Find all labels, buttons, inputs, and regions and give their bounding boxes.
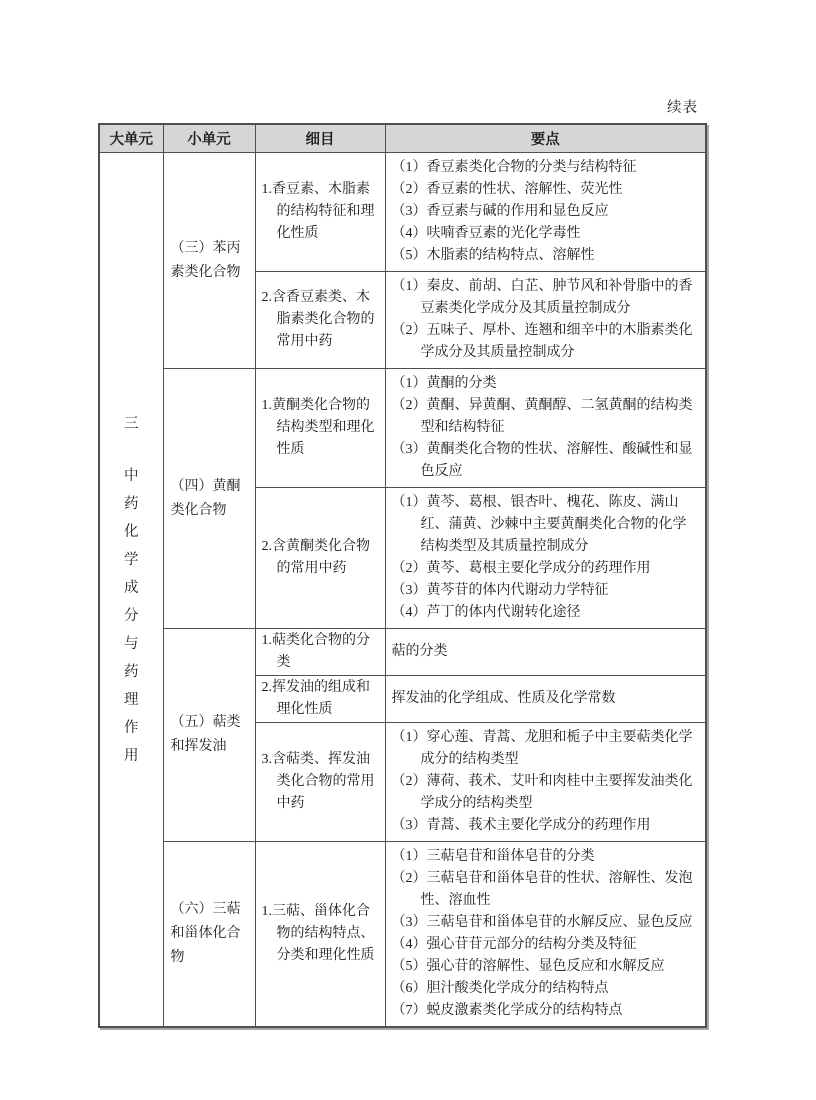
detail-text: 1.黄酮类化合物的结构类型和理化性质 (262, 395, 381, 461)
keypoint: （5）木脂素的结构特点、溶解性 (392, 245, 701, 267)
detail-text: 1.三萜、甾体化合物的结构特点、分类和理化性质 (262, 901, 381, 967)
keypoint: （1）黄芩、葛根、银杏叶、槐花、陈皮、满山红、蒲黄、沙棘中主要黄酮类化合物的化学… (392, 492, 701, 558)
keypoint: （2）三萜皂苷和甾体皂苷的性状、溶解性、发泡性、溶血性 (392, 868, 701, 912)
header-row: 大单元 小单元 细目 要点 (99, 124, 706, 153)
major-unit-vertical-text: 三 中药化学成分与药理作用 (101, 410, 162, 770)
major-unit-title: 中药化学成分与药理作用 (123, 462, 139, 770)
keypoint: （1）穿心莲、青蒿、龙胆和栀子中主要萜类化学成分的结构类型 (392, 727, 701, 771)
col-header-detail: 细目 (255, 124, 385, 153)
keypoint: （5）强心苷的溶解性、显色反应和水解反应 (392, 956, 701, 978)
detail-text: 1.萜类化合物的分类 (262, 630, 381, 674)
detail-text: 2.含黄酮类化合物的常用中药 (262, 536, 381, 580)
keypoints-cell: （1）穿心莲、青蒿、龙胆和栀子中主要萜类化学成分的结构类型 （2）薄荷、莪术、艾… (385, 723, 706, 842)
keypoint: 萜的分类 (392, 641, 701, 663)
keypoint: （6）胆汁酸类化学成分的结构特点 (392, 978, 701, 1000)
detail-text: 1.香豆素、木脂素的结构特征和理化性质 (262, 179, 381, 245)
keypoint: （2）薄荷、莪术、艾叶和肉桂中主要挥发油类化学成分的结构类型 (392, 771, 701, 815)
minor-unit-name: （五）萜类和挥发油 (171, 711, 251, 759)
keypoint: （2）黄酮、异黄酮、黄酮醇、二氢黄酮的结构类型和结构特征 (392, 395, 701, 439)
keypoints-cell: 挥发油的化学组成、性质及化学常数 (385, 676, 706, 723)
keypoint: （4）呋喃香豆素的光化学毒性 (392, 223, 701, 245)
detail-cell: 2.挥发油的组成和理化性质 (255, 676, 385, 723)
detail-text: 3.含萜类、挥发油类化合物的常用中药 (262, 749, 381, 815)
table-row: 三 中药化学成分与药理作用 （三）苯丙素类化合物 1.香豆素、木脂素的结构特征和… (99, 153, 706, 272)
col-header-minor-unit: 小单元 (163, 124, 255, 153)
detail-cell: 1.三萜、甾体化合物的结构特点、分类和理化性质 (255, 842, 385, 1028)
keypoint: （2）黄芩、葛根主要化学成分的药理作用 (392, 558, 701, 580)
keypoint: （3）黄酮类化合物的性状、溶解性、酸碱性和显色反应 (392, 439, 701, 483)
continued-table-label: 续表 (98, 96, 706, 117)
minor-unit-name: （四）黄酮类化合物 (171, 475, 251, 523)
detail-cell: 2.含香豆素类、木脂素类化合物的常用中药 (255, 272, 385, 369)
col-header-keypoints: 要点 (385, 124, 706, 153)
detail-cell: 1.萜类化合物的分类 (255, 629, 385, 676)
major-unit-number: 三 (123, 410, 139, 438)
keypoints-cell: （1）秦皮、前胡、白芷、肿节风和补骨脂中的香豆素类化学成分及其质量控制成分 （2… (385, 272, 706, 369)
keypoint: （3）青蒿、莪术主要化学成分的药理作用 (392, 815, 701, 837)
detail-cell: 2.含黄酮类化合物的常用中药 (255, 488, 385, 629)
detail-cell: 1.黄酮类化合物的结构类型和理化性质 (255, 369, 385, 488)
table-row: （五）萜类和挥发油 1.萜类化合物的分类 萜的分类 (99, 629, 706, 676)
minor-unit-name: （三）苯丙素类化合物 (171, 237, 251, 285)
keypoint: （1）三萜皂苷和甾体皂苷的分类 (392, 846, 701, 868)
keypoints-cell: （1）黄酮的分类 （2）黄酮、异黄酮、黄酮醇、二氢黄酮的结构类型和结构特征 （3… (385, 369, 706, 488)
keypoints-cell: 萜的分类 (385, 629, 706, 676)
keypoints-cell: （1）三萜皂苷和甾体皂苷的分类 （2）三萜皂苷和甾体皂苷的性状、溶解性、发泡性、… (385, 842, 706, 1028)
detail-cell: 1.香豆素、木脂素的结构特征和理化性质 (255, 153, 385, 272)
table-row: （四）黄酮类化合物 1.黄酮类化合物的结构类型和理化性质 （1）黄酮的分类 （2… (99, 369, 706, 488)
keypoint: （2）香豆素的性状、溶解性、荧光性 (392, 179, 701, 201)
major-unit-cell: 三 中药化学成分与药理作用 (99, 153, 163, 1028)
keypoint: （1）秦皮、前胡、白芷、肿节风和补骨脂中的香豆素类化学成分及其质量控制成分 (392, 276, 701, 320)
detail-text: 2.挥发油的组成和理化性质 (262, 677, 381, 721)
detail-text: 2.含香豆素类、木脂素类化合物的常用中药 (262, 287, 381, 353)
keypoints-cell: （1）黄芩、葛根、银杏叶、槐花、陈皮、满山红、蒲黄、沙棘中主要黄酮类化合物的化学… (385, 488, 706, 629)
keypoint: （2）五味子、厚朴、连翘和细辛中的木脂素类化学成分及其质量控制成分 (392, 320, 701, 364)
keypoint: （1）黄酮的分类 (392, 373, 701, 395)
keypoint: （4）芦丁的体内代谢转化途径 (392, 602, 701, 624)
detail-cell: 3.含萜类、挥发油类化合物的常用中药 (255, 723, 385, 842)
minor-unit-cell: （四）黄酮类化合物 (163, 369, 255, 629)
minor-unit-cell: （六）三萜和甾体化合物 (163, 842, 255, 1028)
keypoint: （3）黄芩苷的体内代谢动力学特征 (392, 580, 701, 602)
table-row: （六）三萜和甾体化合物 1.三萜、甾体化合物的结构特点、分类和理化性质 （1）三… (99, 842, 706, 1028)
keypoint: （4）强心苷苷元部分的结构分类及特征 (392, 934, 701, 956)
syllabus-table: 大单元 小单元 细目 要点 三 中药化学成分与药理作用 （三 (98, 123, 707, 1028)
minor-unit-name: （六）三萜和甾体化合物 (171, 898, 251, 970)
table-area: 续表 大单元 小单元 细目 要点 (98, 96, 706, 1028)
keypoint: （7）蜕皮激素类化学成分的结构特点 (392, 1000, 701, 1022)
keypoint: （1）香豆素类化合物的分类与结构特征 (392, 157, 701, 179)
keypoint: 挥发油的化学组成、性质及化学常数 (392, 688, 701, 710)
col-header-major-unit: 大单元 (99, 124, 163, 153)
minor-unit-cell: （三）苯丙素类化合物 (163, 153, 255, 369)
keypoints-cell: （1）香豆素类化合物的分类与结构特征 （2）香豆素的性状、溶解性、荧光性 （3）… (385, 153, 706, 272)
minor-unit-cell: （五）萜类和挥发油 (163, 629, 255, 842)
document-page: 续表 大单元 小单元 细目 要点 (0, 0, 816, 1100)
keypoint: （3）三萜皂苷和甾体皂苷的水解反应、显色反应 (392, 912, 701, 934)
keypoint: （3）香豆素与碱的作用和显色反应 (392, 201, 701, 223)
